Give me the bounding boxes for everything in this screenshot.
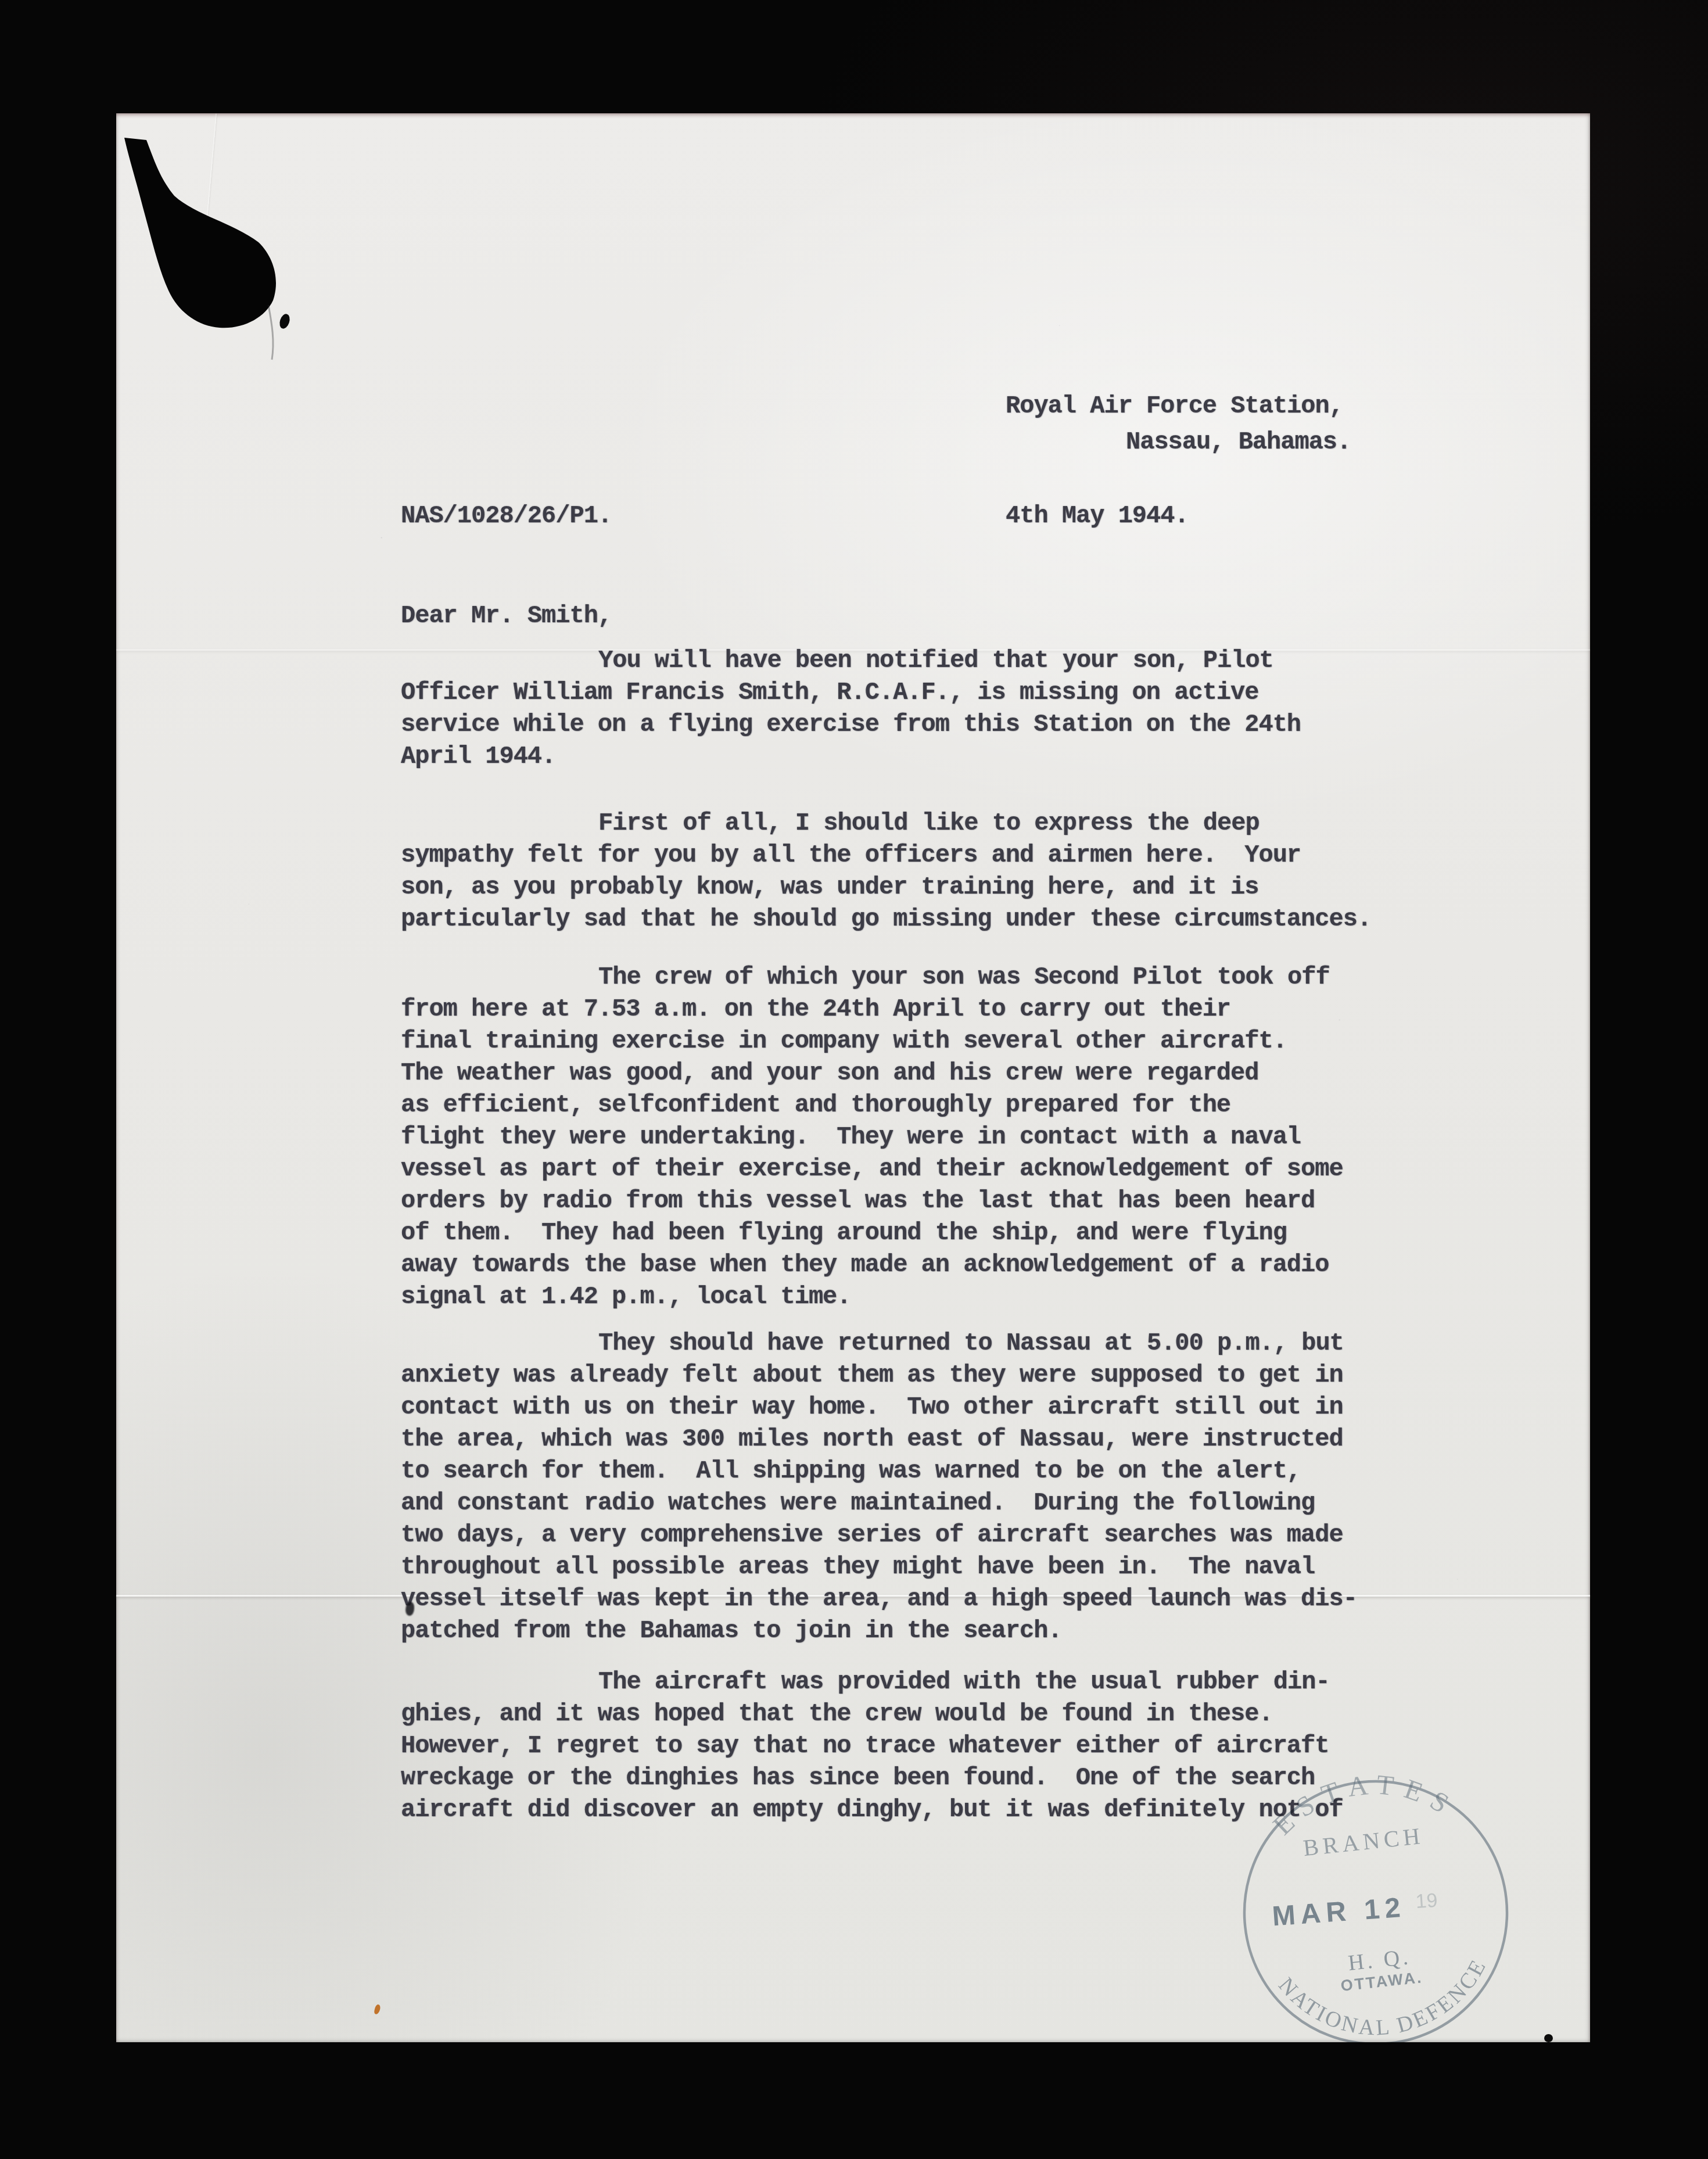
orange-fleck xyxy=(374,2004,381,2015)
stamp-branch-label: BRANCH xyxy=(1302,1823,1425,1862)
paragraph: The crew of which your son was Second Pi… xyxy=(401,962,1470,1313)
tear-dot xyxy=(278,313,291,330)
letter-line: service while on a flying exercise from … xyxy=(401,709,1470,741)
letter-line: April 1944. xyxy=(401,741,1470,773)
letter-page: Royal Air Force Station, Nassau, Bahamas… xyxy=(116,113,1590,2042)
letter-line: ghies, and it was hoped that the crew wo… xyxy=(401,1698,1470,1730)
letter-line: sympathy felt for you by all the officer… xyxy=(401,840,1470,872)
letter-line: particularly sad that he should go missi… xyxy=(401,903,1470,935)
sender-address-line1: Royal Air Force Station, xyxy=(1006,390,1343,422)
letter-line: of them. They had been flying around the… xyxy=(401,1217,1470,1249)
letter-line: Officer William Francis Smith, R.C.A.F.,… xyxy=(401,677,1470,709)
letter-line: two days, a very comprehensive series of… xyxy=(401,1519,1470,1551)
tear-crack xyxy=(268,305,273,360)
letter-line: The aircraft was provided with the usual… xyxy=(401,1666,1470,1698)
letter-line: final training exercise in company with … xyxy=(401,1025,1470,1057)
letter-date: 4th May 1944. xyxy=(1006,500,1189,532)
letter-line: signal at 1.42 p.m., local time. xyxy=(401,1281,1470,1313)
letter-line: However, I regret to say that no trace w… xyxy=(401,1730,1470,1762)
letter-line: son, as you probably know, was under tra… xyxy=(401,872,1470,903)
letter-line: from here at 7.53 a.m. on the 24th April… xyxy=(401,994,1470,1025)
torn-hole xyxy=(116,113,314,375)
sender-address-line2: Nassau, Bahamas. xyxy=(1126,426,1351,458)
estates-branch-stamp: ESTATES NATIONAL DEFENCE BRANCH MAR 12 1… xyxy=(1225,1762,1527,2064)
paragraph: They should have returned to Nassau at 5… xyxy=(401,1328,1470,1647)
salutation: Dear Mr. Smith, xyxy=(401,600,612,632)
letter-line: to search for them. All shipping was war… xyxy=(401,1455,1470,1487)
letter-line: flight they were undertaking. They were … xyxy=(401,1121,1470,1153)
stamp-year-faint: 19 xyxy=(1415,1889,1438,1913)
letter-line: vessel as part of their exercise, and th… xyxy=(401,1153,1470,1185)
paragraph: You will have been notified that your so… xyxy=(401,645,1470,773)
letter-line: The crew of which your son was Second Pi… xyxy=(401,962,1470,994)
letter-line: First of all, I should like to express t… xyxy=(401,808,1470,840)
letter-line: patched from the Bahamas to join in the … xyxy=(401,1615,1470,1647)
letter-line: and constant radio watches were maintain… xyxy=(401,1487,1470,1519)
stamp-date-label: MAR 12 xyxy=(1271,1892,1406,1932)
letter-line: away towards the base when they made an … xyxy=(401,1249,1470,1281)
letter-line: throughout all possible areas they might… xyxy=(401,1551,1470,1583)
paragraph: First of all, I should like to express t… xyxy=(401,808,1470,935)
letter-line: You will have been notified that your so… xyxy=(401,645,1470,677)
file-reference: NAS/1028/26/P1. xyxy=(401,500,612,532)
tear-shape xyxy=(124,138,276,328)
letter-line: as efficient, selfconfident and thorough… xyxy=(401,1089,1470,1121)
letter-line: orders by radio from this vessel was the… xyxy=(401,1185,1470,1217)
letter-line: vessel itself was kept in the area, and … xyxy=(401,1583,1470,1615)
letter-line: contact with us on their way home. Two o… xyxy=(401,1391,1470,1423)
bottom-edge-speck xyxy=(1544,2034,1553,2042)
letter-line: the area, which was 300 miles north east… xyxy=(401,1423,1470,1455)
letter-line: The weather was good, and your son and h… xyxy=(401,1057,1470,1089)
letter-line: They should have returned to Nassau at 5… xyxy=(401,1328,1470,1360)
letter-line: anxiety was already felt about them as t… xyxy=(401,1360,1470,1391)
